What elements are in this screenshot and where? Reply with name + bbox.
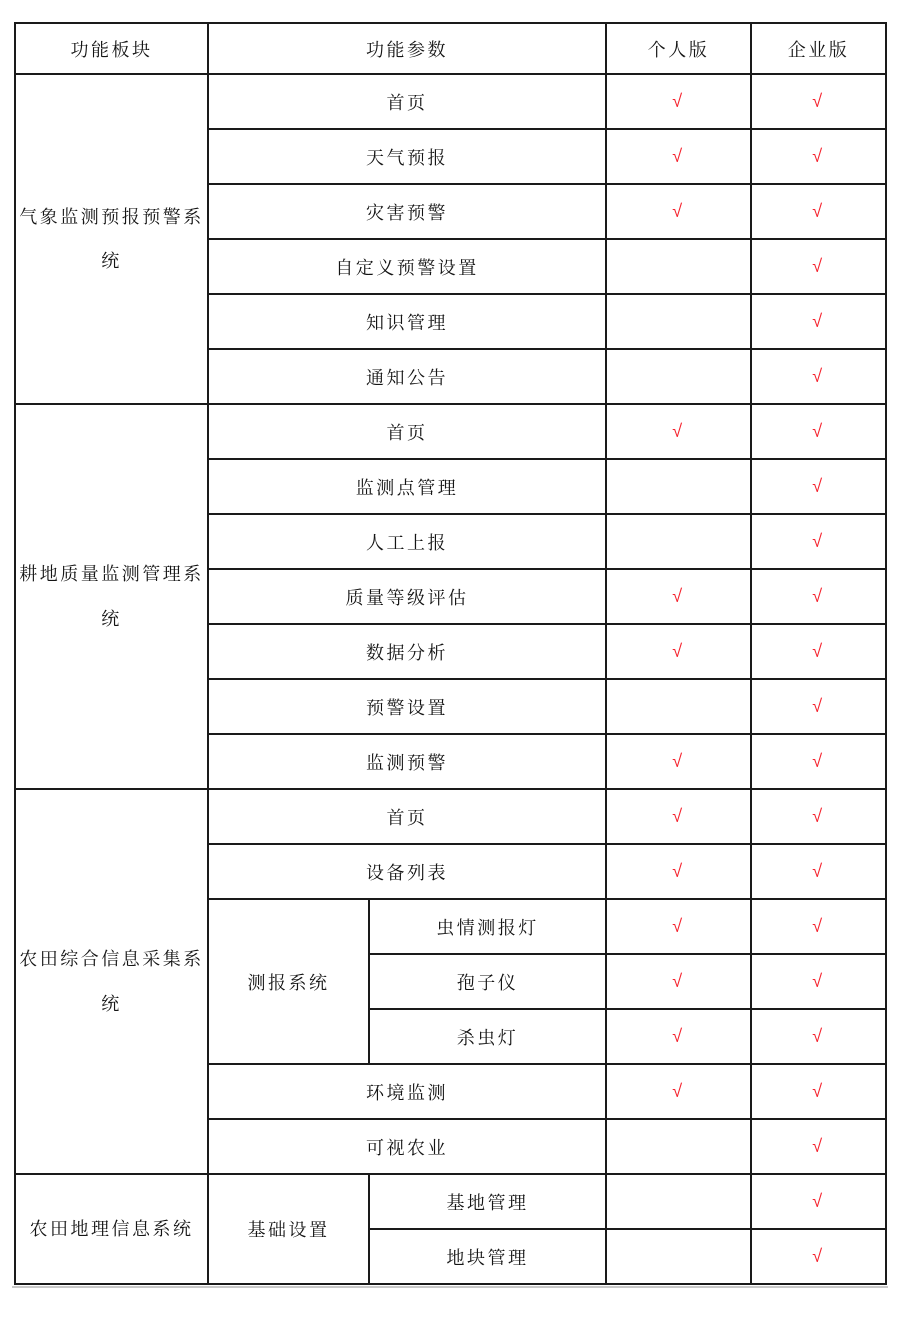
enterprise-check-cell: √ [751,954,886,1009]
personal-check-cell: √ [606,899,751,954]
table-row: 农田综合信息采集系统 首页 √ √ [15,789,886,844]
group-cell: 基础设置 [208,1174,369,1284]
personal-check-cell: √ [606,844,751,899]
group-cell: 测报系统 [208,899,369,1064]
param-cell: 地块管理 [369,1229,606,1284]
param-cell: 首页 [208,789,606,844]
page-edge-artifact [12,1286,888,1288]
table-row: 耕地质量监测管理系统 首页 √ √ [15,404,886,459]
table-row: 农田地理信息系统 基础设置 基地管理 √ [15,1174,886,1229]
enterprise-check-cell: √ [751,679,886,734]
param-cell: 首页 [208,74,606,129]
enterprise-check-cell: √ [751,899,886,954]
enterprise-check-cell: √ [751,624,886,679]
header-row: 功能板块 功能参数 个人版 企业版 [15,23,886,74]
enterprise-check-cell: √ [751,1119,886,1174]
personal-check-cell [606,239,751,294]
module-cell: 气象监测预报预警系统 [15,74,208,404]
personal-check-cell: √ [606,954,751,1009]
param-cell: 监测预警 [208,734,606,789]
header-enterprise: 企业版 [751,23,886,74]
param-cell: 可视农业 [208,1119,606,1174]
personal-check-cell [606,459,751,514]
personal-check-cell [606,514,751,569]
enterprise-check-cell: √ [751,74,886,129]
enterprise-check-cell: √ [751,789,886,844]
personal-check-cell [606,294,751,349]
enterprise-check-cell: √ [751,1229,886,1284]
personal-check-cell [606,679,751,734]
personal-check-cell: √ [606,74,751,129]
table-row: 气象监测预报预警系统 首页 √ √ [15,74,886,129]
header-param: 功能参数 [208,23,606,74]
param-cell: 孢子仪 [369,954,606,1009]
enterprise-check-cell: √ [751,404,886,459]
enterprise-check-cell: √ [751,459,886,514]
personal-check-cell [606,349,751,404]
personal-check-cell: √ [606,1064,751,1119]
header-module: 功能板块 [15,23,208,74]
param-cell: 基地管理 [369,1174,606,1229]
personal-check-cell: √ [606,624,751,679]
personal-check-cell: √ [606,789,751,844]
enterprise-check-cell: √ [751,294,886,349]
personal-check-cell: √ [606,404,751,459]
personal-check-cell: √ [606,734,751,789]
personal-check-cell: √ [606,184,751,239]
personal-check-cell [606,1119,751,1174]
param-cell: 设备列表 [208,844,606,899]
enterprise-check-cell: √ [751,1064,886,1119]
param-cell: 虫情测报灯 [369,899,606,954]
enterprise-check-cell: √ [751,569,886,624]
module-cell: 农田地理信息系统 [15,1174,208,1284]
enterprise-check-cell: √ [751,239,886,294]
personal-check-cell [606,1174,751,1229]
param-cell: 天气预报 [208,129,606,184]
personal-check-cell: √ [606,129,751,184]
enterprise-check-cell: √ [751,349,886,404]
param-cell: 监测点管理 [208,459,606,514]
personal-check-cell: √ [606,1009,751,1064]
param-cell: 质量等级评估 [208,569,606,624]
param-cell: 灾害预警 [208,184,606,239]
personal-check-cell [606,1229,751,1284]
header-personal: 个人版 [606,23,751,74]
enterprise-check-cell: √ [751,184,886,239]
enterprise-check-cell: √ [751,1009,886,1064]
param-cell: 人工上报 [208,514,606,569]
feature-comparison-table: 功能板块 功能参数 个人版 企业版 气象监测预报预警系统 首页 √ √ 天气预报… [14,22,887,1285]
enterprise-check-cell: √ [751,844,886,899]
param-cell: 知识管理 [208,294,606,349]
personal-check-cell: √ [606,569,751,624]
param-cell: 通知公告 [208,349,606,404]
enterprise-check-cell: √ [751,734,886,789]
enterprise-check-cell: √ [751,129,886,184]
param-cell: 环境监测 [208,1064,606,1119]
module-cell: 耕地质量监测管理系统 [15,404,208,789]
module-cell: 农田综合信息采集系统 [15,789,208,1174]
param-cell: 数据分析 [208,624,606,679]
enterprise-check-cell: √ [751,514,886,569]
param-cell: 预警设置 [208,679,606,734]
param-cell: 杀虫灯 [369,1009,606,1064]
param-cell: 首页 [208,404,606,459]
feature-comparison-sheet: 功能板块 功能参数 个人版 企业版 气象监测预报预警系统 首页 √ √ 天气预报… [0,0,900,1288]
enterprise-check-cell: √ [751,1174,886,1229]
param-cell: 自定义预警设置 [208,239,606,294]
